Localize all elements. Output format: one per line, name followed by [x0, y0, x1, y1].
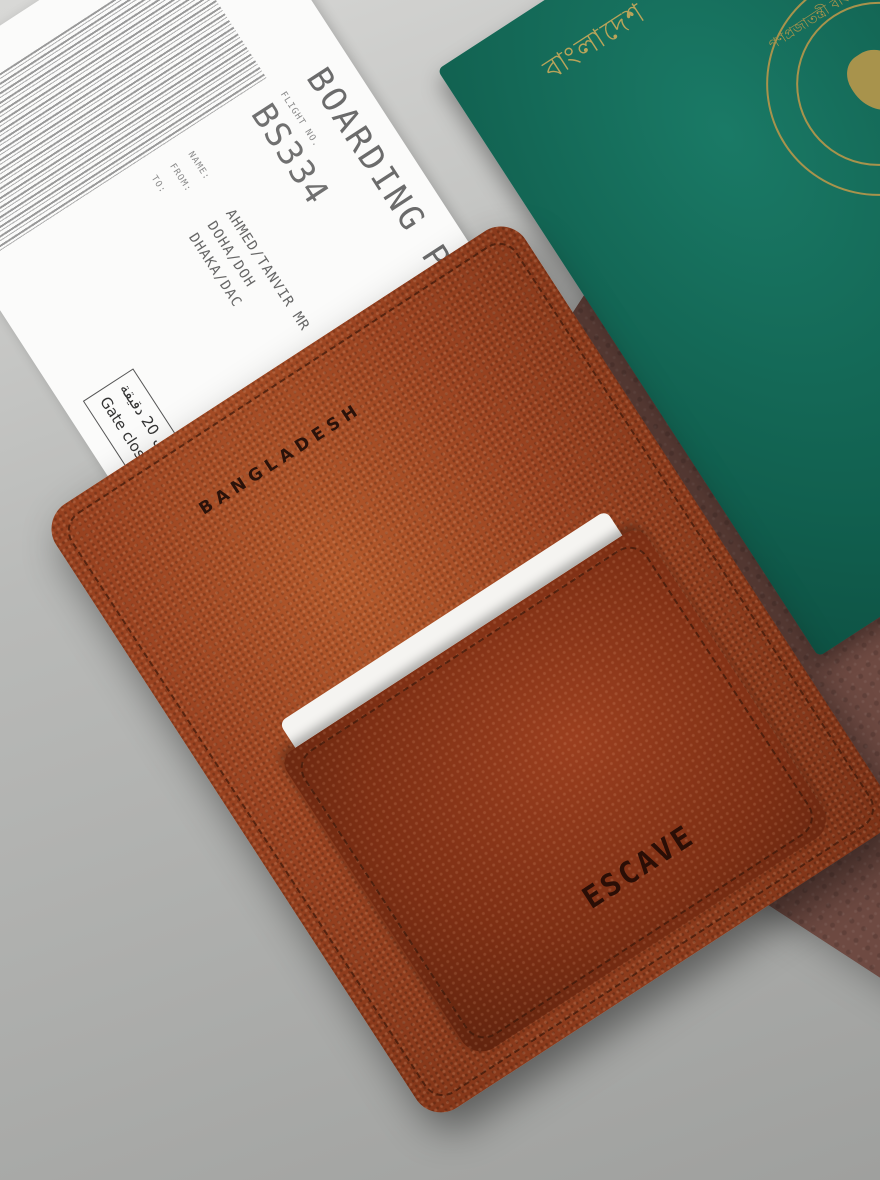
to-label: TO:: [149, 174, 168, 196]
bangladesh-map-icon: [838, 38, 880, 122]
from-label: FROM:: [167, 162, 193, 194]
name-label: NAME:: [186, 150, 212, 182]
product-photo: বাংলাদেশ গণপ্রজাতন্ত্রী বাংলাদেশ সরকার B…: [0, 0, 880, 1180]
passport-emblem: গণপ্রজাতন্ত্রী বাংলাদেশ সরকার: [723, 0, 880, 239]
passport-title: বাংলাদেশ: [535, 0, 657, 94]
